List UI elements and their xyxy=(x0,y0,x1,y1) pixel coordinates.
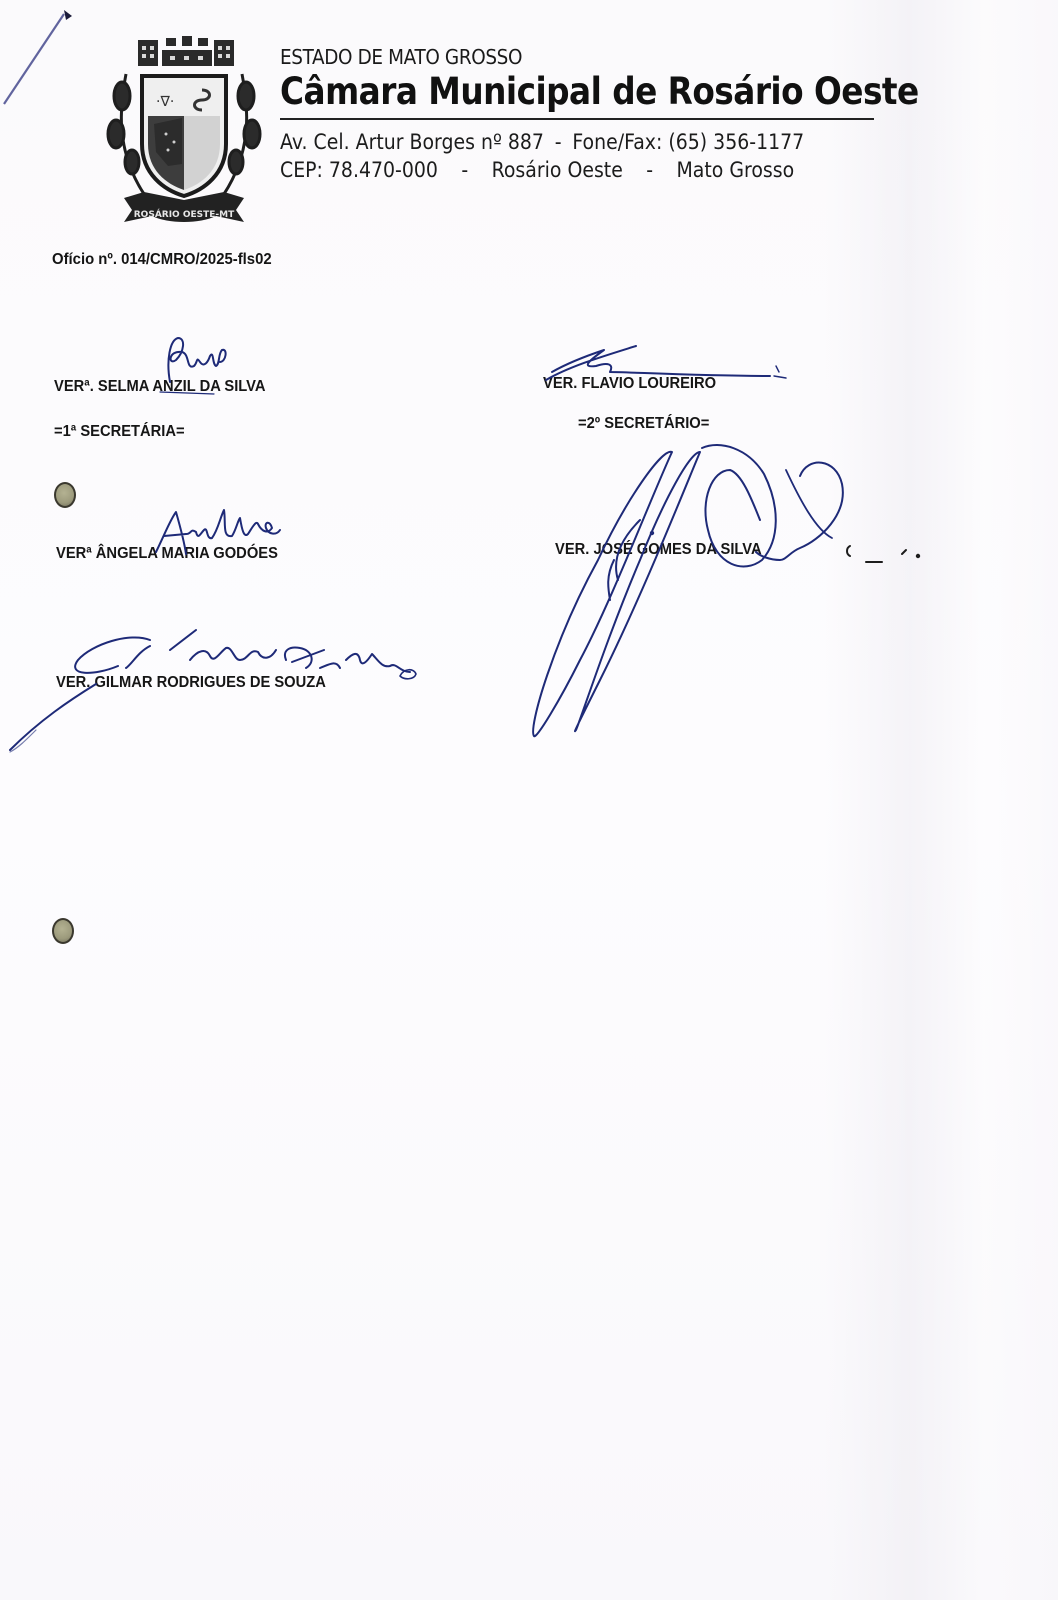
signature-jose xyxy=(533,445,843,736)
separator: - xyxy=(623,156,677,184)
phone-number: Fone/Fax: (65) 356-1177 xyxy=(572,130,804,154)
punch-hole xyxy=(52,918,74,944)
city-name: Rosário Oeste xyxy=(492,158,623,182)
pen-stroke-mark xyxy=(0,0,1058,1600)
region-name: Mato Grosso xyxy=(676,158,794,182)
separator: - xyxy=(544,128,572,156)
separator: - xyxy=(438,156,492,184)
state-name: ESTADO DE MATO GROSSO xyxy=(280,44,832,70)
crest-banner-text: ROSÁRIO OESTE-MT xyxy=(134,208,235,220)
postal-code: CEP: 78.470-000 xyxy=(280,158,438,182)
signatory-name: VERª. SELMA ANZIL DA SILVA xyxy=(54,378,266,396)
postal-line: CEP: 78.470-000-Rosário Oeste-Mato Gross… xyxy=(280,156,820,184)
signatory-role: =2º SECRETÁRIO= xyxy=(578,415,709,433)
signatory-name: VER. GILMAR RODRIGUES DE SOUZA xyxy=(56,674,326,692)
signatory-role: =1ª SECRETÁRIA= xyxy=(54,423,185,441)
municipal-crest-logo: ·∇· ROSÁRIO OESTE-MT xyxy=(104,34,264,230)
punch-hole xyxy=(54,482,76,508)
signatory-name: VER. FLAVIO LOUREIRO xyxy=(543,375,716,393)
letterhead: ESTADO DE MATO GROSSO Câmara Municipal d… xyxy=(280,44,880,184)
document-reference: Ofício nº. 014/CMRO/2025-fls02 xyxy=(52,251,272,269)
address-line: Av. Cel. Artur Borges nº 887-Fone/Fax: (… xyxy=(280,128,820,156)
signatory-name: VER. JOSÉ GOMES DA SILVA xyxy=(555,541,762,559)
signatures-layer xyxy=(0,0,1058,1600)
institution-title: Câmara Municipal de Rosário Oeste xyxy=(280,70,811,114)
header-divider xyxy=(280,118,874,120)
svg-text:·∇·: ·∇· xyxy=(156,94,174,110)
document-page: ·∇· ROSÁRIO OESTE-MT ESTADO DE MATO GROS… xyxy=(0,0,1058,1600)
signature-selma xyxy=(168,338,225,382)
signatory-name: VERª ÂNGELA MARIA GODÓES xyxy=(56,545,278,563)
street-address: Av. Cel. Artur Borges nº 887 xyxy=(280,130,544,154)
